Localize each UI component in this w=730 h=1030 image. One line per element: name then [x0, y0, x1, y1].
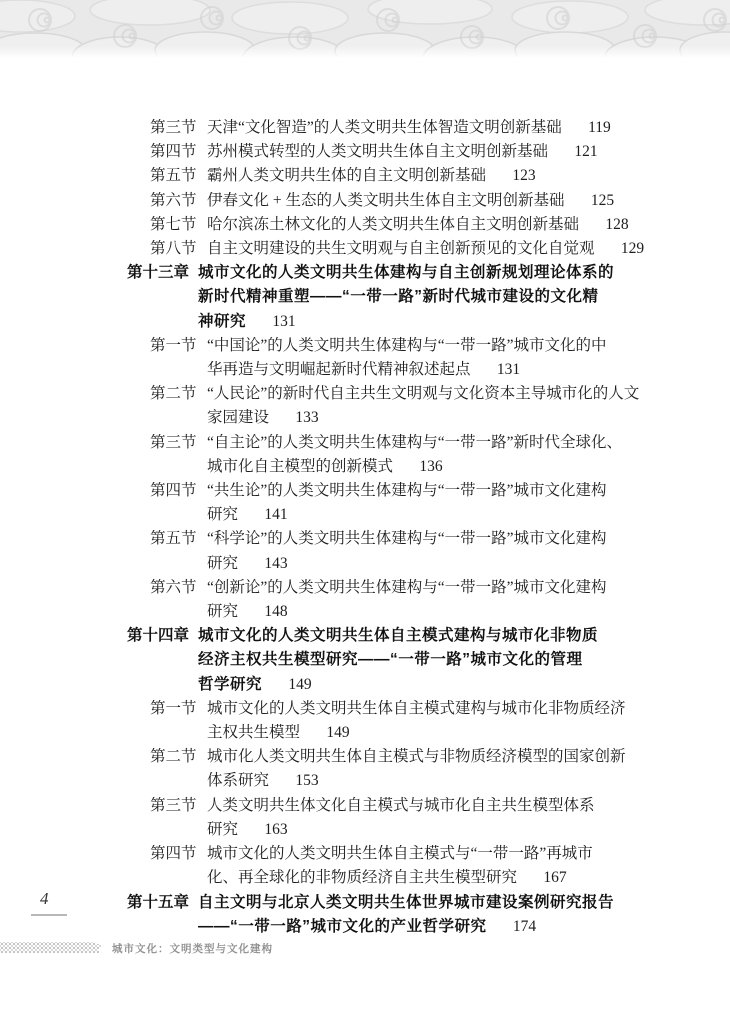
entry-title-line: 天津“文化智造”的人类文明共生体智造文明创新基础119	[207, 116, 700, 140]
entry-title-line: 家园建设133	[207, 406, 700, 430]
entry-title: 自主文明与北京人类文明共生体世界城市建设案例研究报告——“一带一路”城市文化的产…	[198, 891, 700, 939]
entry-label: 第五节	[150, 527, 207, 575]
entry-label: 第五节	[150, 164, 207, 188]
toc-entry-section: 第六节 伊春文化 + 生态的人类文明共生体自主文明创新基础125	[150, 189, 700, 213]
entry-title-text: 哈尔滨冻土林文化的人类文明共生体自主文明创新基础	[207, 216, 579, 233]
entry-title: 天津“文化智造”的人类文明共生体智造文明创新基础119	[207, 116, 700, 140]
entry-title-line: 苏州模式转型的人类文明共生体自主文明创新基础121	[207, 140, 700, 164]
entry-title-text: “科学论”的人类文明共生体建构与“一带一路”城市文化建构	[207, 530, 607, 547]
toc-entry-section: 第三节 人类文明共生体文化自主模式与城市化自主共生模型体系研究163	[150, 794, 700, 842]
entry-title-text: 研究	[207, 603, 238, 620]
toc-entry-section: 第七节 哈尔滨冻土林文化的人类文明共生体自主文明创新基础128	[150, 213, 700, 237]
entry-title-line: 哈尔滨冻土林文化的人类文明共生体自主文明创新基础128	[207, 213, 700, 237]
entry-label: 第一节	[150, 334, 207, 382]
entry-title-line: 城市化自主模型的创新模式136	[207, 455, 700, 479]
entry-title-line: 研究141	[207, 503, 700, 527]
entry-title-line: “中国论”的人类文明共生体建构与“一带一路”城市文化的中	[207, 334, 700, 358]
toc-entry-section: 第四节 城市文化的人类文明共生体自主模式与“一带一路”再城市化、再全球化的非物质…	[150, 842, 700, 890]
entry-title: 城市文化的人类文明共生体自主模式建构与城市化非物质经济主权共生模型研究——“一带…	[198, 624, 700, 697]
folio-page-number: 4	[40, 889, 49, 909]
entry-title-text: 化、再全球化的非物质经济自主共生模型研究	[207, 869, 517, 886]
entry-title-line: “创新论”的人类文明共生体建构与“一带一路”城市文化建构	[207, 576, 700, 600]
entry-title-text: 新时代精神重塑——“一带一路”新时代城市建设的文化精	[198, 288, 599, 305]
entry-title-line: 研究143	[207, 552, 700, 576]
entry-label: 第二节	[150, 745, 207, 793]
toc-entry-section: 第三节 “自主论”的人类文明共生体建构与“一带一路”新时代全球化、城市化自主模型…	[150, 431, 700, 479]
entry-title: “人民论”的新时代自主共生文明观与文化资本主导城市化的人文家园建设133	[207, 382, 700, 430]
entry-title-text: 研究	[207, 506, 238, 523]
toc: 第三节 天津“文化智造”的人类文明共生体智造文明创新基础119 第四节 苏州模式…	[0, 116, 700, 939]
entry-title-text: 伊春文化 + 生态的人类文明共生体自主文明创新基础	[207, 192, 565, 209]
entry-label: 第四节	[150, 842, 207, 890]
entry-title-line: 华再造与文明崛起新时代精神叙述起点131	[207, 358, 700, 382]
entry-title-line: 城市文化的人类文明共生体自主模式与“一带一路”再城市	[207, 842, 700, 866]
entry-page-number: 149	[326, 724, 349, 741]
entry-label: 第三节	[150, 431, 207, 479]
entry-page-number: 128	[605, 216, 628, 233]
entry-label: 第七节	[150, 213, 207, 237]
entry-title-text: “自主论”的人类文明共生体建构与“一带一路”新时代全球化、	[207, 434, 622, 451]
entry-title: “共生论”的人类文明共生体建构与“一带一路”城市文化建构研究141	[207, 479, 700, 527]
entry-title-text: 城市文化的人类文明共生体自主模式与“一带一路”再城市	[207, 845, 593, 862]
entry-title-text: 天津“文化智造”的人类文明共生体智造文明创新基础	[207, 119, 562, 136]
entry-title-line: 人类文明共生体文化自主模式与城市化自主共生模型体系	[207, 794, 700, 818]
entry-title-line: 城市文化的人类文明共生体自主模式建构与城市化非物质经济	[207, 697, 700, 721]
entry-page-number: 149	[288, 676, 311, 693]
entry-title: “科学论”的人类文明共生体建构与“一带一路”城市文化建构研究143	[207, 527, 700, 575]
entry-title-line: 神研究131	[198, 310, 700, 334]
entry-title: 人类文明共生体文化自主模式与城市化自主共生模型体系研究163	[207, 794, 700, 842]
entry-title-text: 经济主权共生模型研究——“一带一路”城市文化的管理	[198, 651, 583, 668]
entry-page-number: 148	[264, 603, 287, 620]
toc-entry-section: 第三节 天津“文化智造”的人类文明共生体智造文明创新基础119	[150, 116, 700, 140]
entry-title: 城市化人类文明共生体自主模式与非物质经济模型的国家创新体系研究153	[207, 745, 700, 793]
entry-label: 第六节	[150, 576, 207, 624]
entry-title-line: 主权共生模型149	[207, 721, 700, 745]
toc-entry-chapter: 第十三章 城市文化的人类文明共生体建构与自主创新规划理论体系的新时代精神重塑——…	[127, 261, 700, 334]
entry-title: 伊春文化 + 生态的人类文明共生体自主文明创新基础125	[207, 189, 700, 213]
entry-title-text: 自主文明建设的共生文明观与自主创新预见的文化自觉观	[207, 240, 595, 257]
entry-page-number: 153	[295, 772, 318, 789]
entry-title-text: “人民论”的新时代自主共生文明观与文化资本主导城市化的人文	[207, 385, 639, 402]
entry-title-text: 自主文明与北京人类文明共生体世界城市建设案例研究报告	[198, 894, 614, 911]
entry-page-number: 141	[264, 506, 287, 523]
toc-entry-section: 第六节 “创新论”的人类文明共生体建构与“一带一路”城市文化建构研究148	[150, 576, 700, 624]
entry-title-line: 研究148	[207, 600, 700, 624]
entry-title-text: 人类文明共生体文化自主模式与城市化自主共生模型体系	[207, 797, 595, 814]
entry-title-text: ——“一带一路”城市文化的产业哲学研究	[198, 918, 487, 935]
entry-title-line: “人民论”的新时代自主共生文明观与文化资本主导城市化的人文	[207, 382, 700, 406]
toc-entry-section: 第二节 “人民论”的新时代自主共生文明观与文化资本主导城市化的人文家园建设133	[150, 382, 700, 430]
toc-entry-section: 第五节 “科学论”的人类文明共生体建构与“一带一路”城市文化建构研究143	[150, 527, 700, 575]
entry-page-number: 174	[513, 918, 536, 935]
toc-entry-section: 第四节 苏州模式转型的人类文明共生体自主文明创新基础121	[150, 140, 700, 164]
entry-title-line: 研究163	[207, 818, 700, 842]
entry-label: 第六节	[150, 189, 207, 213]
entry-title-text: “创新论”的人类文明共生体建构与“一带一路”城市文化建构	[207, 579, 607, 596]
entry-page-number: 167	[543, 869, 566, 886]
entry-label: 第八节	[150, 237, 207, 261]
entry-title-text: 城市化人类文明共生体自主模式与非物质经济模型的国家创新	[207, 748, 626, 765]
entry-title: 城市文化的人类文明共生体自主模式与“一带一路”再城市化、再全球化的非物质经济自主…	[207, 842, 700, 890]
entry-title-line: 新时代精神重塑——“一带一路”新时代城市建设的文化精	[198, 285, 700, 309]
entry-title-text: “中国论”的人类文明共生体建构与“一带一路”城市文化的中	[207, 337, 607, 354]
entry-title: 自主文明建设的共生文明观与自主创新预见的文化自觉观129	[207, 237, 700, 261]
entry-label: 第三节	[150, 116, 207, 140]
entry-title-text: 城市文化的人类文明共生体自主模式建构与城市化非物质	[198, 627, 598, 644]
toc-entry-section: 第四节 “共生论”的人类文明共生体建构与“一带一路”城市文化建构研究141	[150, 479, 700, 527]
book-toc-page: 第三节 天津“文化智造”的人类文明共生体智造文明创新基础119 第四节 苏州模式…	[0, 0, 730, 1030]
entry-title-text: 主权共生模型	[207, 724, 300, 741]
entry-title: “中国论”的人类文明共生体建构与“一带一路”城市文化的中华再造与文明崛起新时代精…	[207, 334, 700, 382]
entry-title-text: 城市化自主模型的创新模式	[207, 458, 393, 475]
entry-title-line: 自主文明建设的共生文明观与自主创新预见的文化自觉观129	[207, 237, 700, 261]
entry-page-number: 119	[588, 119, 611, 136]
entry-label: 第四节	[150, 140, 207, 164]
entry-page-number: 129	[621, 240, 644, 257]
entry-title: “自主论”的人类文明共生体建构与“一带一路”新时代全球化、城市化自主模型的创新模…	[207, 431, 700, 479]
entry-page-number: 133	[295, 409, 318, 426]
entry-title: “创新论”的人类文明共生体建构与“一带一路”城市文化建构研究148	[207, 576, 700, 624]
entry-title: 城市文化的人类文明共生体建构与自主创新规划理论体系的新时代精神重塑——“一带一路…	[198, 261, 700, 334]
entry-label: 第一节	[150, 697, 207, 745]
entry-title-line: 体系研究153	[207, 769, 700, 793]
entry-label: 第十五章	[127, 891, 198, 939]
entry-page-number: 131	[497, 361, 520, 378]
entry-page-number: 123	[512, 167, 535, 184]
entry-title-text: 城市文化的人类文明共生体自主模式建构与城市化非物质经济	[207, 700, 626, 717]
entry-title-text: 苏州模式转型的人类文明共生体自主文明创新基础	[207, 143, 548, 160]
entry-title-line: ——“一带一路”城市文化的产业哲学研究174	[198, 915, 700, 939]
entry-page-number: 121	[574, 143, 597, 160]
toc-entry-chapter: 第十四章 城市文化的人类文明共生体自主模式建构与城市化非物质经济主权共生模型研究…	[127, 624, 700, 697]
entry-title-text: 神研究	[198, 313, 246, 330]
entry-page-number: 163	[264, 821, 287, 838]
entry-label: 第三节	[150, 794, 207, 842]
entry-title-line: 经济主权共生模型研究——“一带一路”城市文化的管理	[198, 648, 700, 672]
footer-halftone-bar	[0, 942, 104, 953]
entry-title: 哈尔滨冻土林文化的人类文明共生体自主文明创新基础128	[207, 213, 700, 237]
entry-title-line: 伊春文化 + 生态的人类文明共生体自主文明创新基础125	[207, 189, 700, 213]
cloud-pattern-banner	[0, 0, 730, 58]
entry-label: 第十三章	[127, 261, 198, 334]
folio-rule	[31, 914, 67, 916]
entry-title-line: 城市文化的人类文明共生体建构与自主创新规划理论体系的	[198, 261, 700, 285]
entry-title-line: “科学论”的人类文明共生体建构与“一带一路”城市文化建构	[207, 527, 700, 551]
toc-entry-section: 第五节 霸州人类文明共生体的自主文明创新基础123	[150, 164, 700, 188]
entry-title-text: 华再造与文明崛起新时代精神叙述起点	[207, 361, 471, 378]
entry-title-line: 霸州人类文明共生体的自主文明创新基础123	[207, 164, 700, 188]
entry-label: 第二节	[150, 382, 207, 430]
toc-entry-section: 第一节 城市文化的人类文明共生体自主模式建构与城市化非物质经济主权共生模型149	[150, 697, 700, 745]
entry-title-text: 家园建设	[207, 409, 269, 426]
entry-title: 苏州模式转型的人类文明共生体自主文明创新基础121	[207, 140, 700, 164]
entry-title-text: 研究	[207, 555, 238, 572]
entry-label: 第四节	[150, 479, 207, 527]
entry-title-line: 哲学研究149	[198, 673, 700, 697]
entry-page-number: 125	[591, 192, 614, 209]
entry-page-number: 143	[264, 555, 287, 572]
entry-title-text: 研究	[207, 821, 238, 838]
entry-title-line: 化、再全球化的非物质经济自主共生模型研究167	[207, 866, 700, 890]
entry-title: 霸州人类文明共生体的自主文明创新基础123	[207, 164, 700, 188]
toc-entry-chapter: 第十五章 自主文明与北京人类文明共生体世界城市建设案例研究报告——“一带一路”城…	[127, 891, 700, 939]
toc-entry-section: 第二节 城市化人类文明共生体自主模式与非物质经济模型的国家创新体系研究153	[150, 745, 700, 793]
entry-title-line: 城市化人类文明共生体自主模式与非物质经济模型的国家创新	[207, 745, 700, 769]
toc-entry-section: 第一节 “中国论”的人类文明共生体建构与“一带一路”城市文化的中华再造与文明崛起…	[150, 334, 700, 382]
entry-title-line: 城市文化的人类文明共生体自主模式建构与城市化非物质	[198, 624, 700, 648]
entry-title-text: 哲学研究	[198, 676, 262, 693]
entry-page-number: 131	[272, 313, 295, 330]
entry-title-text: 城市文化的人类文明共生体建构与自主创新规划理论体系的	[198, 264, 614, 281]
entry-label: 第十四章	[127, 624, 198, 697]
entry-title-text: 霸州人类文明共生体的自主文明创新基础	[207, 167, 486, 184]
entry-title-line: “共生论”的人类文明共生体建构与“一带一路”城市文化建构	[207, 479, 700, 503]
footer-book-title: 城市文化：文明类型与文化建构	[112, 941, 273, 956]
entry-title: 城市文化的人类文明共生体自主模式建构与城市化非物质经济主权共生模型149	[207, 697, 700, 745]
entry-title-line: 自主文明与北京人类文明共生体世界城市建设案例研究报告	[198, 891, 700, 915]
entry-title-text: 体系研究	[207, 772, 269, 789]
toc-entry-section: 第八节 自主文明建设的共生文明观与自主创新预见的文化自觉观129	[150, 237, 700, 261]
entry-page-number: 136	[419, 458, 442, 475]
entry-title-text: “共生论”的人类文明共生体建构与“一带一路”城市文化建构	[207, 482, 607, 499]
entry-title-line: “自主论”的人类文明共生体建构与“一带一路”新时代全球化、	[207, 431, 700, 455]
